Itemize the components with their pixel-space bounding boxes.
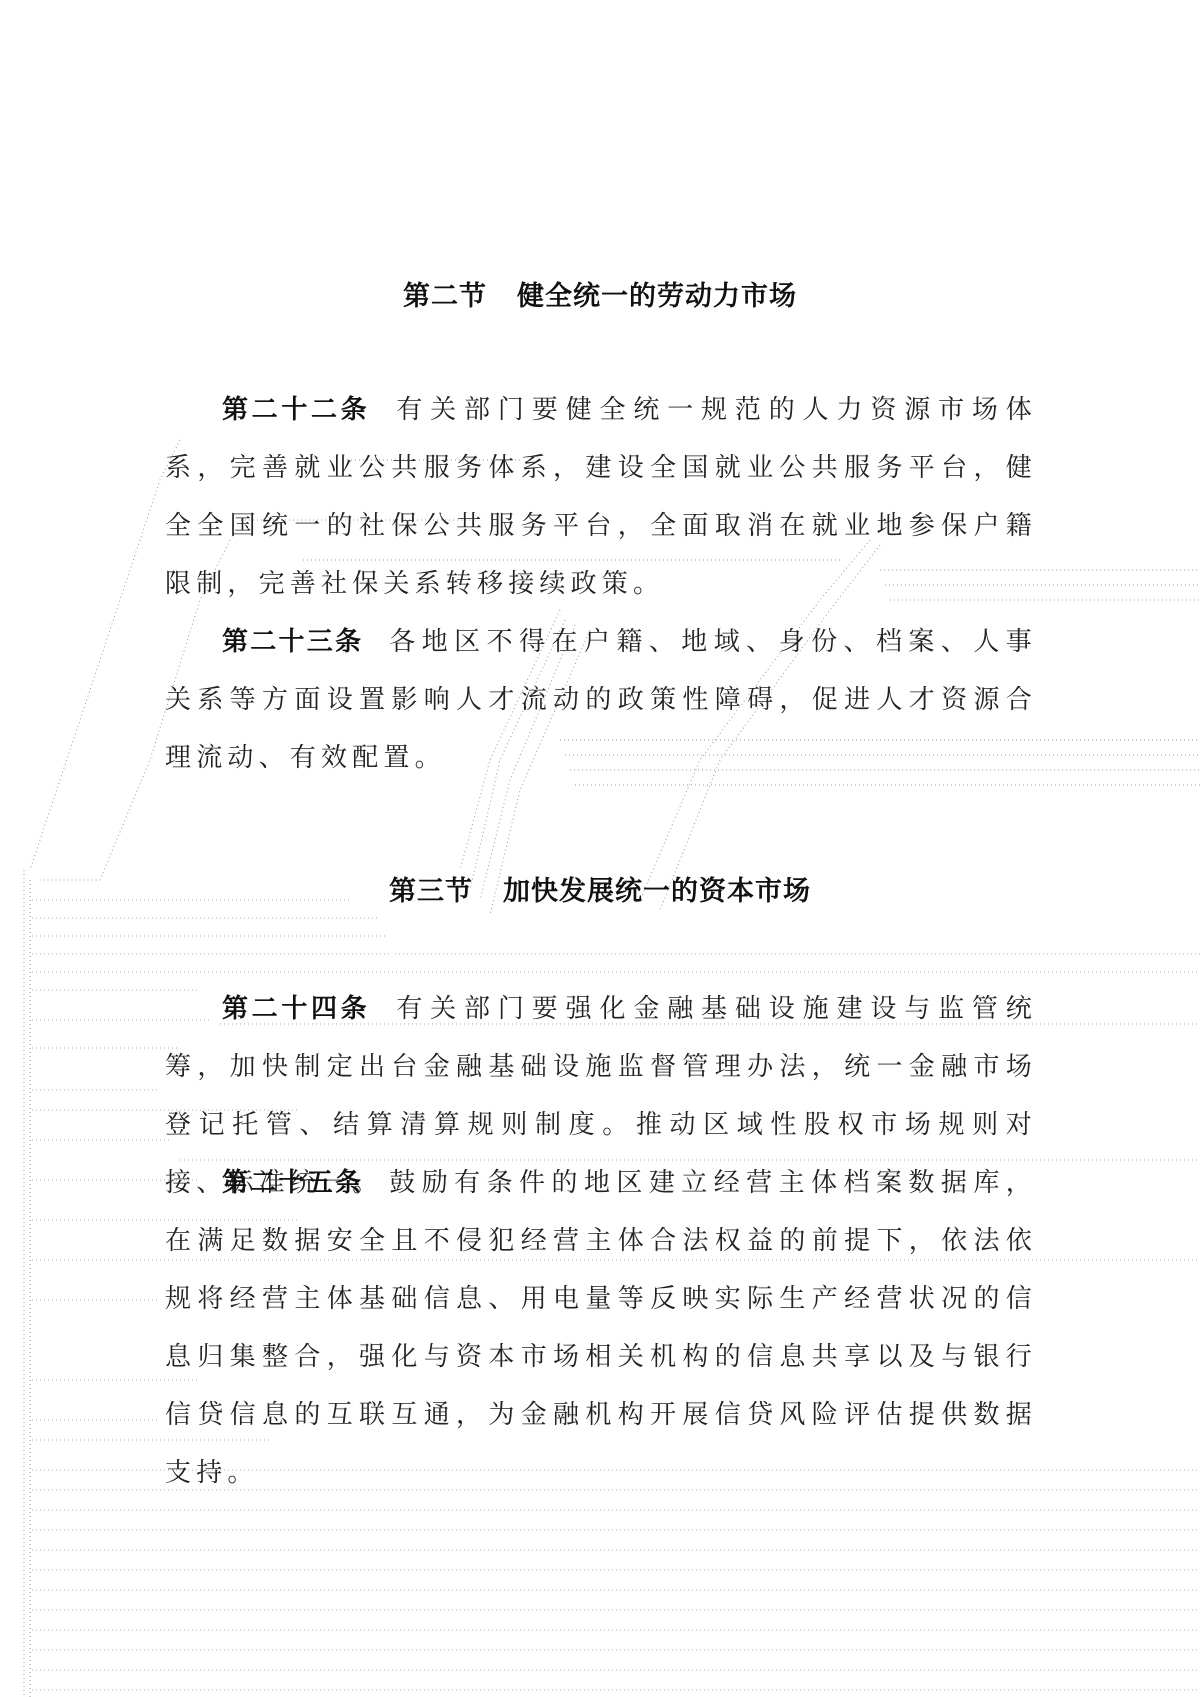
section-number: 第三节 xyxy=(389,876,473,907)
article-22: 第二十二条有关部门要健全统一规范的人力资源市场体系，完善就业公共服务体系，建设全… xyxy=(165,381,1037,613)
article-text: 鼓励有条件的地区建立经营主体档案数据库，在满足数据安全且不侵犯经营主体合法权益的… xyxy=(165,1168,1037,1488)
article-label: 第二十二条 xyxy=(222,395,370,425)
article-25: 第二十五条鼓励有条件的地区建立经营主体档案数据库，在满足数据安全且不侵犯经营主体… xyxy=(165,1154,1037,1502)
section-heading-2: 第二节健全统一的劳动力市场 xyxy=(0,274,1200,313)
section-number: 第二节 xyxy=(403,281,487,312)
section-title: 健全统一的劳动力市场 xyxy=(517,281,797,312)
section-heading-3: 第三节加快发展统一的资本市场 xyxy=(0,869,1200,908)
article-label: 第二十四条 xyxy=(222,994,370,1024)
article-label: 第二十五条 xyxy=(222,1168,363,1198)
article-label: 第二十三条 xyxy=(222,627,363,657)
section-title: 加快发展统一的资本市场 xyxy=(503,876,811,907)
article-23: 第二十三条各地区不得在户籍、地域、身份、档案、人事关系等方面设置影响人才流动的政… xyxy=(165,613,1037,787)
document-page: 第二节健全统一的劳动力市场 第二十二条有关部门要健全统一规范的人力资源市场体系，… xyxy=(0,0,1200,1697)
article-text: 有关部门要健全统一规范的人力资源市场体系，完善就业公共服务体系，建设全国就业公共… xyxy=(165,395,1037,599)
